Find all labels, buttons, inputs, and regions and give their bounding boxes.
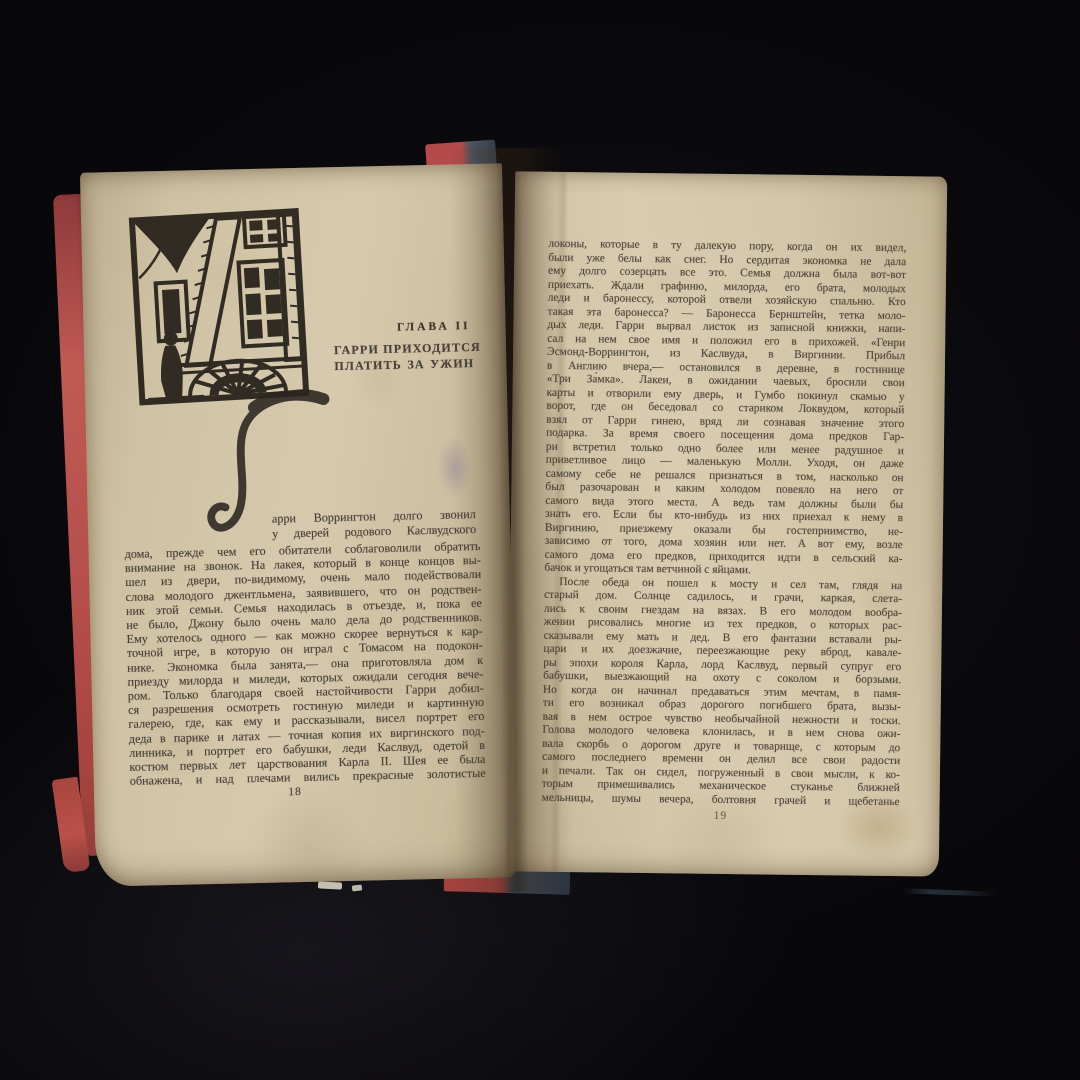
torn-paper-speck bbox=[352, 884, 363, 891]
right-page-number: 19 bbox=[541, 808, 899, 824]
fabric-sheen bbox=[902, 888, 998, 896]
torn-paper-speck bbox=[318, 881, 342, 889]
paragraph-continued: локоны, которые в ту далекую пору, когда… bbox=[544, 238, 906, 580]
right-page-body-text: локоны, которые в ту далекую пору, когда… bbox=[542, 238, 907, 809]
left-page-body-text: дома, прежде чем его обитатели соблагово… bbox=[124, 539, 485, 788]
chapter-woodcut-house-illustration bbox=[128, 207, 311, 407]
chapter-heading: ГЛАВА II ГАРРИ ПРИХОДИТСЯПЛАТИТЬ ЗА УЖИН bbox=[333, 320, 474, 374]
photo-of-open-book: ГЛАВА II ГАРРИ ПРИХОДИТСЯПЛАТИТЬ ЗА УЖИН… bbox=[0, 0, 1080, 1080]
right-page: локоны, которые в ту далекую пору, когда… bbox=[507, 171, 948, 876]
paragraph-after-dinner: После обеда он пошел к мосту и сел там, … bbox=[542, 575, 903, 809]
paragraph-opening-beside-dropcap: арри Воррингтон долго звонилу дверей род… bbox=[272, 507, 477, 541]
left-page: ГЛАВА II ГАРРИ ПРИХОДИТСЯПЛАТИТЬ ЗА УЖИН… bbox=[80, 163, 518, 886]
ink-stamp-smudge bbox=[436, 434, 473, 501]
chapter-number: ГЛАВА II bbox=[333, 320, 473, 335]
chapter-title: ГАРРИ ПРИХОДИТСЯПЛАТИТЬ ЗА УЖИН bbox=[334, 339, 475, 374]
